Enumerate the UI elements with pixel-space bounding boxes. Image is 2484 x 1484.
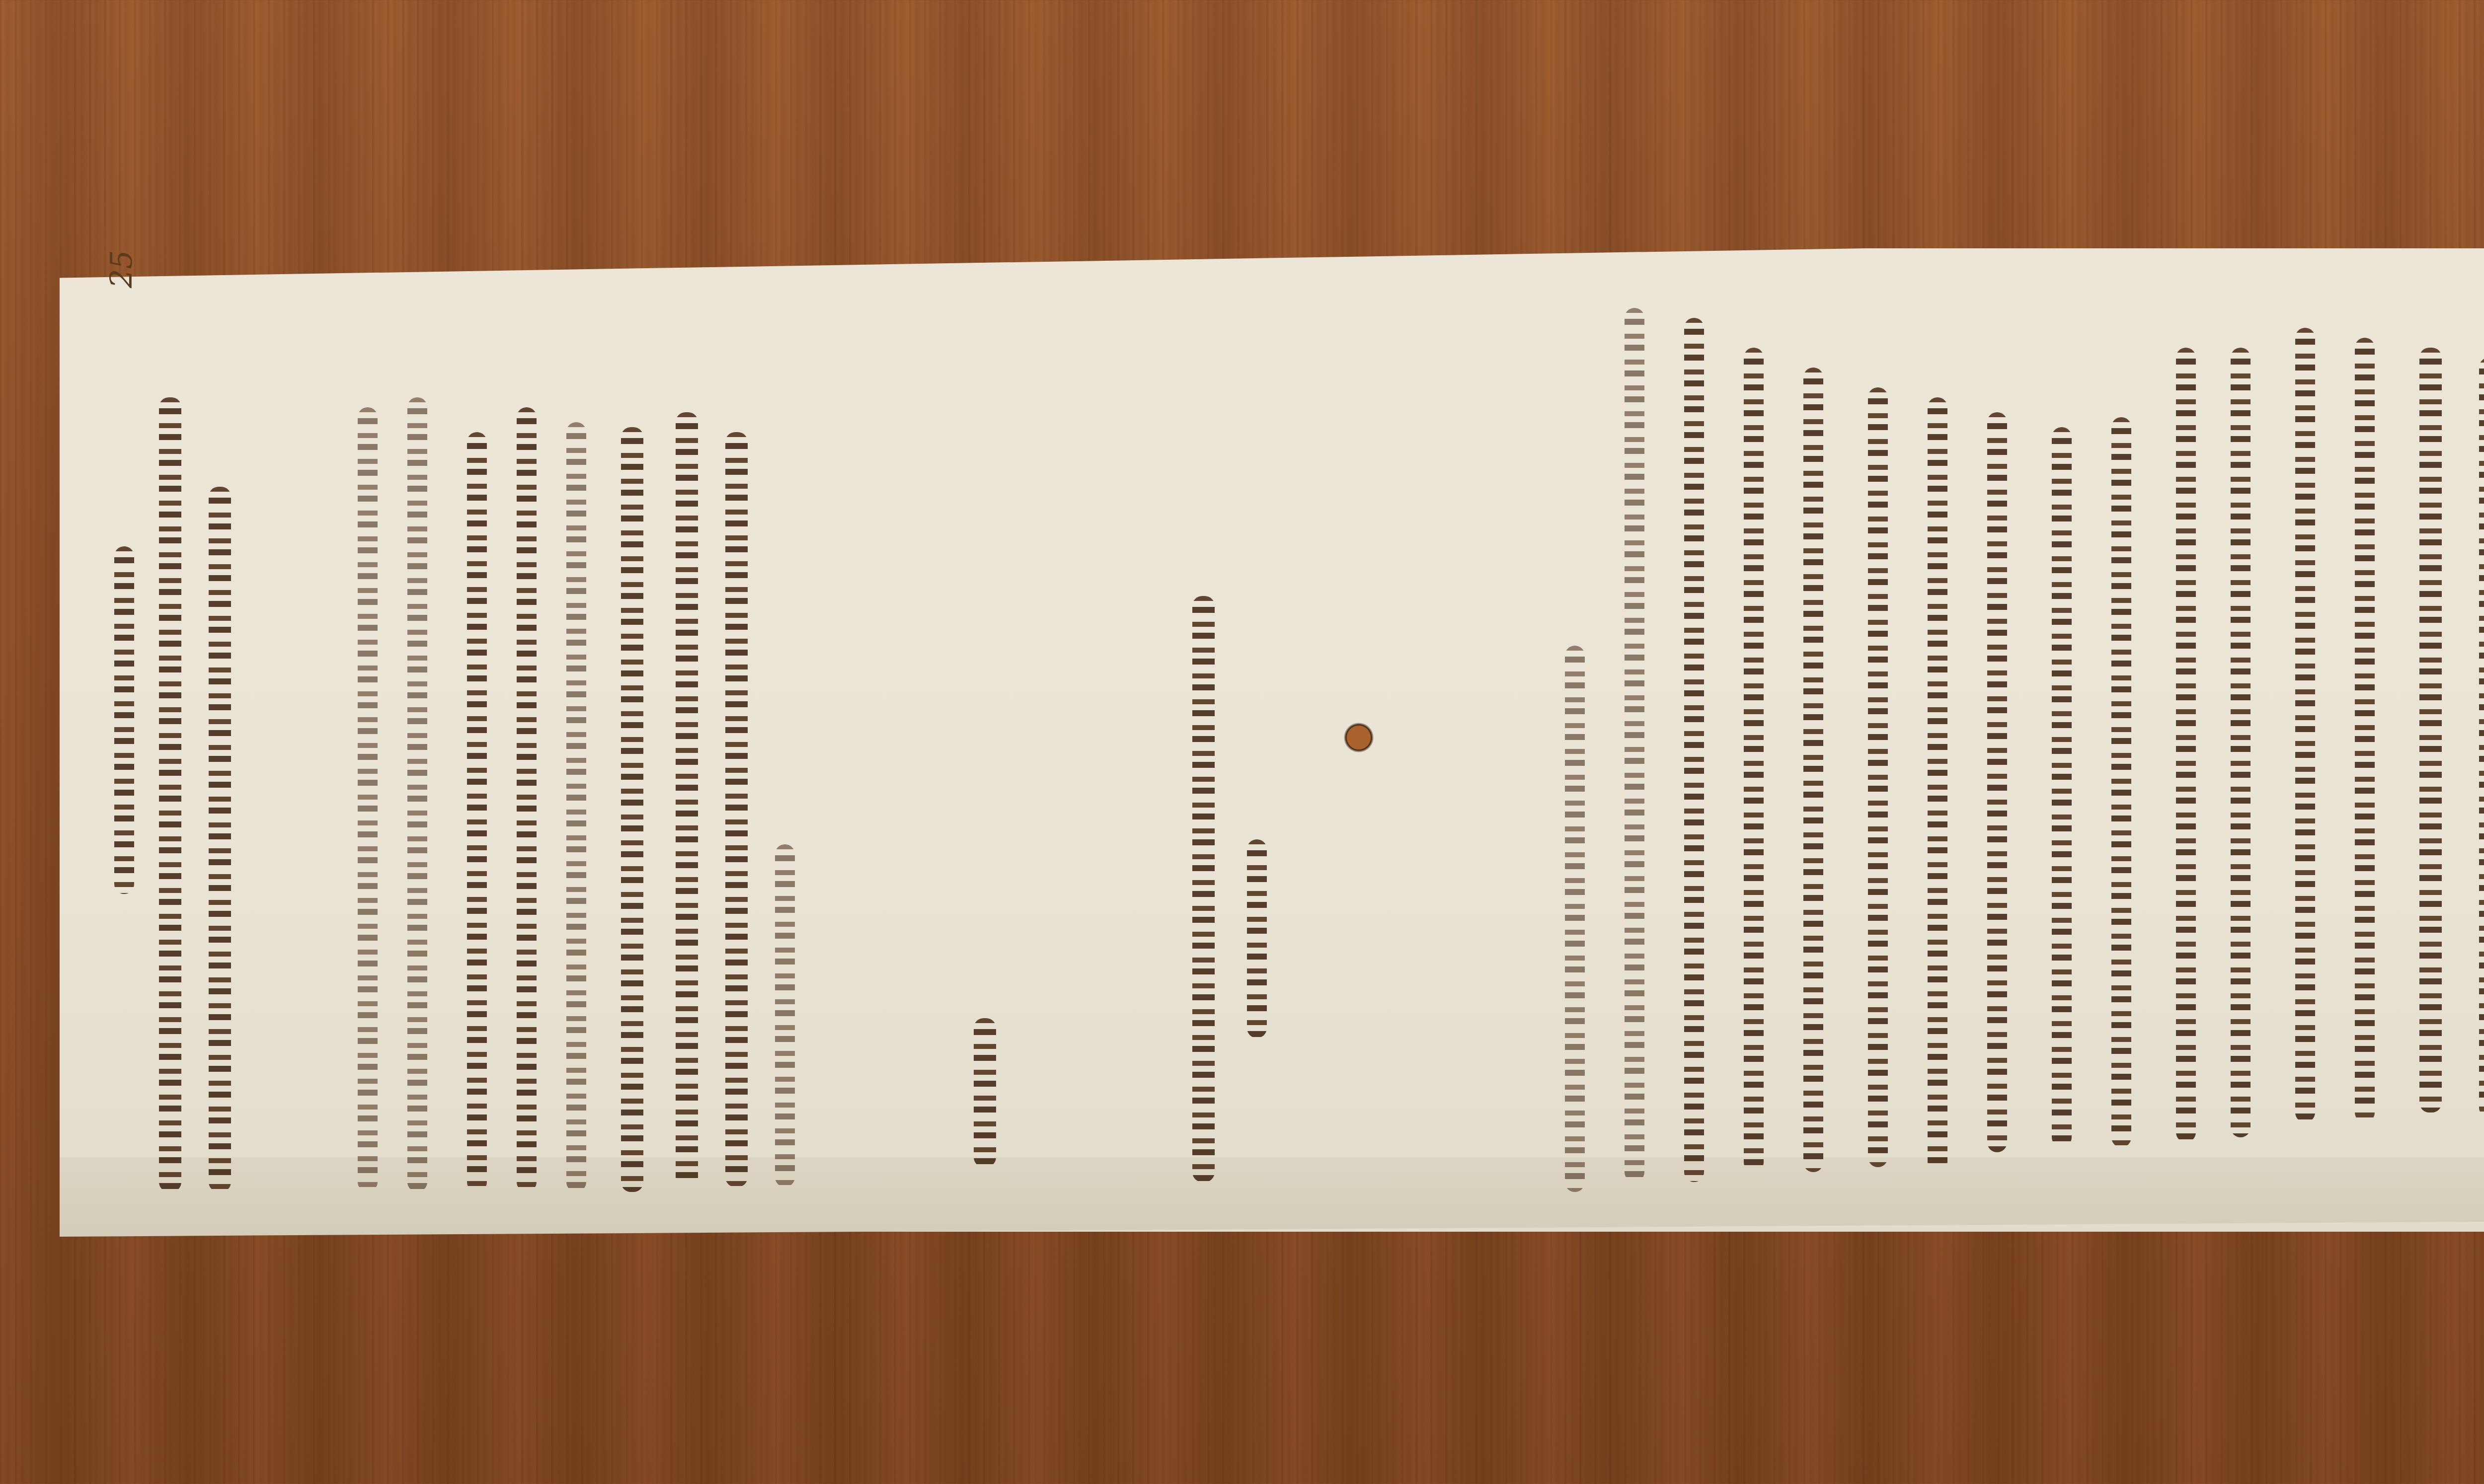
ink-line [566,422,586,1192]
ink-line [1868,387,1888,1167]
ink-line [2419,348,2442,1113]
ink-line [1565,646,1585,1192]
ink-line [2295,328,2315,1122]
ink-line [1928,397,1947,1172]
ink-line [1625,308,1644,1182]
ink-line [2111,417,2131,1147]
ink-line [2231,348,2251,1137]
ink-line [517,407,537,1192]
ink-line [2479,358,2484,1117]
ink-line [1684,318,1704,1182]
ink-line [1192,596,1215,1182]
ink-line [1987,412,2007,1152]
ink-line [1803,368,1823,1172]
ink-line [209,487,231,1192]
ink-line [775,844,795,1187]
ink-line [676,412,698,1187]
ink-line [467,432,487,1192]
paper-hole [1344,723,1374,752]
ink-line [2052,427,2072,1147]
ink-line [2176,348,2196,1142]
ink-line [1247,839,1267,1038]
ink-line [407,397,427,1192]
ink-line [2355,338,2375,1122]
folio-number: 25 [104,250,139,288]
ink-line [1744,348,1764,1172]
ink-line [621,427,643,1192]
ink-line [725,432,748,1187]
ink-line [159,397,181,1192]
ink-line [114,546,134,894]
short-note [974,1018,996,1167]
ink-line [358,407,378,1192]
